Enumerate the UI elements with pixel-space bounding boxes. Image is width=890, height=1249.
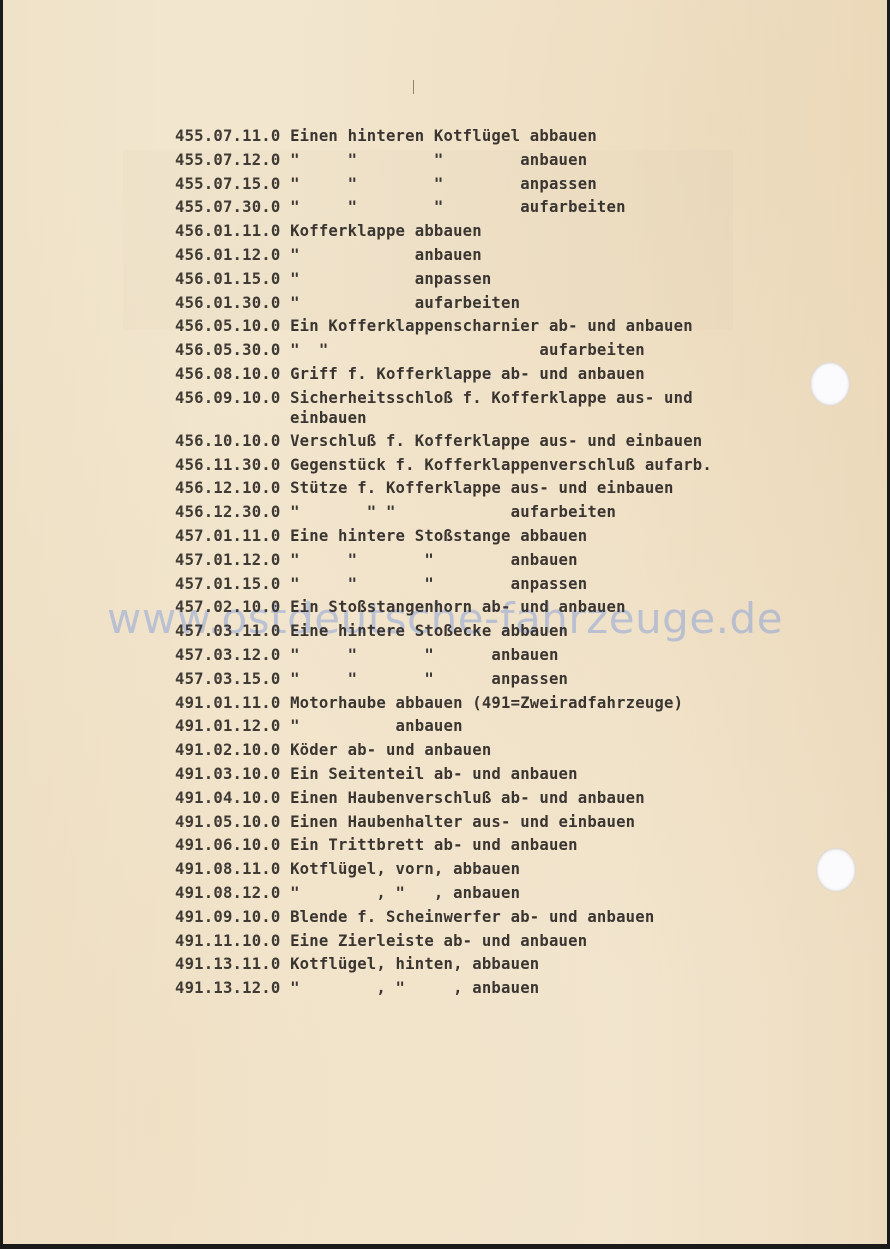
operation-description: " aufarbeiten: [290, 294, 520, 312]
list-item: 456.09.10.0 Sicherheitsschloß f. Kofferk…: [175, 388, 712, 431]
operation-code: 456.12.30.0: [175, 503, 280, 521]
operation-description: Einen Haubenhalter aus- und einbauen: [290, 813, 635, 831]
operation-description: Stütze f. Kofferklappe aus- und einbauen: [290, 479, 674, 497]
operation-code: 456.09.10.0: [175, 389, 280, 407]
list-item: 457.03.15.0 " " " anpassen: [175, 669, 712, 693]
list-item: 456.08.10.0 Griff f. Kofferklappe ab- un…: [175, 364, 712, 388]
operation-code: 456.01.30.0: [175, 294, 280, 312]
operation-code: 456.12.10.0: [175, 479, 280, 497]
list-item: 491.04.10.0 Einen Haubenverschluß ab- un…: [175, 788, 712, 812]
list-item: 457.02.10.0 Ein Stoßstangenhorn ab- und …: [175, 597, 712, 621]
operation-code: 456.05.10.0: [175, 317, 280, 335]
operation-code: 457.02.10.0: [175, 598, 280, 616]
operation-code: 491.08.12.0: [175, 884, 280, 902]
list-item: 457.03.11.0 Eine hintere Stoßecke abbaue…: [175, 621, 712, 645]
operation-description: Eine hintere Stoßstange abbauen: [290, 527, 587, 545]
operation-description: Griff f. Kofferklappe ab- und anbauen: [290, 365, 645, 383]
operation-code: 491.01.11.0: [175, 694, 280, 712]
punch-hole-top: [810, 362, 850, 406]
list-item: 457.03.12.0 " " " anbauen: [175, 645, 712, 669]
list-item: 455.07.15.0 " " " anpassen: [175, 174, 712, 198]
list-item: 455.07.11.0 Einen hinteren Kotflügel abb…: [175, 126, 712, 150]
list-item: 491.08.11.0 Kotflügel, vorn, abbauen: [175, 859, 712, 883]
operation-code: 455.07.11.0: [175, 127, 280, 145]
operation-description: Eine hintere Stoßecke abbauen: [290, 622, 568, 640]
list-item: 455.07.12.0 " " " anbauen: [175, 150, 712, 174]
operation-code: 491.06.10.0: [175, 836, 280, 854]
operation-code: 491.08.11.0: [175, 860, 280, 878]
list-item: 491.02.10.0 Köder ab- und anbauen: [175, 740, 712, 764]
operation-description: Ein Trittbrett ab- und anbauen: [290, 836, 578, 854]
operation-description: " " " anbauen: [290, 646, 558, 664]
list-item: 457.01.11.0 Eine hintere Stoßstange abba…: [175, 526, 712, 550]
operations-list: 455.07.11.0 Einen hinteren Kotflügel abb…: [175, 126, 712, 1002]
operation-code: 456.01.11.0: [175, 222, 280, 240]
list-item: 491.01.12.0 " anbauen: [175, 716, 712, 740]
list-item: 457.01.12.0 " " " anbauen: [175, 550, 712, 574]
list-item: 455.07.30.0 " " " aufarbeiten: [175, 197, 712, 221]
operation-description: " " " aufarbeiten: [290, 198, 626, 216]
operation-code: 491.04.10.0: [175, 789, 280, 807]
operation-code: 491.11.10.0: [175, 932, 280, 950]
operation-code: 455.07.12.0: [175, 151, 280, 169]
operation-description: Gegenstück f. Kofferklappenverschluß auf…: [290, 456, 712, 474]
list-item: 456.01.30.0 " aufarbeiten: [175, 293, 712, 317]
operation-description: " anbauen: [290, 246, 482, 264]
operation-description: Verschluß f. Kofferklappe aus- und einba…: [290, 432, 702, 450]
operation-description: Kofferklappe abbauen: [290, 222, 482, 240]
list-item: 456.11.30.0 Gegenstück f. Kofferklappenv…: [175, 455, 712, 479]
list-item: 456.05.10.0 Ein Kofferklappenscharnier a…: [175, 316, 712, 340]
operation-code: 491.05.10.0: [175, 813, 280, 831]
operation-code: 456.01.15.0: [175, 270, 280, 288]
list-item: 491.09.10.0 Blende f. Scheinwerfer ab- u…: [175, 907, 712, 931]
operation-code: 457.01.12.0: [175, 551, 280, 569]
operation-code: 457.01.11.0: [175, 527, 280, 545]
operation-description: Motorhaube abbauen (491=Zweiradfahrzeuge…: [290, 694, 683, 712]
operation-description: Ein Kofferklappenscharnier ab- und anbau…: [290, 317, 693, 335]
operation-description: " , " , anbauen: [290, 979, 539, 997]
operation-code: 457.01.15.0: [175, 575, 280, 593]
list-item: 491.06.10.0 Ein Trittbrett ab- und anbau…: [175, 835, 712, 859]
list-item: 456.01.11.0 Kofferklappe abbauen: [175, 221, 712, 245]
operation-code: 457.03.15.0: [175, 670, 280, 688]
operation-code: 491.01.12.0: [175, 717, 280, 735]
operation-code: 455.07.15.0: [175, 175, 280, 193]
operation-description: " " " anbauen: [290, 551, 578, 569]
operation-description: " " " anpassen: [290, 175, 597, 193]
list-item: 491.05.10.0 Einen Haubenhalter aus- und …: [175, 812, 712, 836]
operation-code: 456.05.30.0: [175, 341, 280, 359]
operation-description: Einen Haubenverschluß ab- und anbauen: [290, 789, 645, 807]
operation-description: Kotflügel, vorn, abbauen: [290, 860, 520, 878]
paper-page: www.ostdeutsche-fahrzeuge.de 455.07.11.0…: [3, 0, 887, 1244]
operation-description: " " aufarbeiten: [290, 341, 645, 359]
list-item: 456.10.10.0 Verschluß f. Kofferklappe au…: [175, 431, 712, 455]
operation-description: " , " , anbauen: [290, 884, 520, 902]
list-item: 491.01.11.0 Motorhaube abbauen (491=Zwei…: [175, 693, 712, 717]
operation-code: 457.03.12.0: [175, 646, 280, 664]
operation-description: " " " anpassen: [290, 670, 568, 688]
list-item: 457.01.15.0 " " " anpassen: [175, 574, 712, 598]
list-item: 456.12.30.0 " " " aufarbeiten: [175, 502, 712, 526]
operation-description: Ein Stoßstangenhorn ab- und anbauen: [290, 598, 626, 616]
operation-description: Eine Zierleiste ab- und anbauen: [290, 932, 587, 950]
list-item: 491.13.12.0 " , " , anbauen: [175, 978, 712, 1002]
punch-hole-bottom: [816, 848, 856, 892]
operation-description: Blende f. Scheinwerfer ab- und anbauen: [290, 908, 654, 926]
operation-description: Ein Seitenteil ab- und anbauen: [290, 765, 578, 783]
operation-code: 491.02.10.0: [175, 741, 280, 759]
operation-description: " " " anbauen: [290, 151, 587, 169]
operation-description: " " " aufarbeiten: [290, 503, 616, 521]
operation-description: Köder ab- und anbauen: [290, 741, 491, 759]
operation-description: Einen hinteren Kotflügel abbauen: [290, 127, 597, 145]
operation-description: " anbauen: [290, 717, 463, 735]
list-item: 456.05.30.0 " " aufarbeiten: [175, 340, 712, 364]
operation-code: 456.08.10.0: [175, 365, 280, 383]
operation-description: Kotflügel, hinten, abbauen: [290, 955, 539, 973]
list-item: 456.01.15.0 " anpassen: [175, 269, 712, 293]
operation-code: 455.07.30.0: [175, 198, 280, 216]
paper-mark: [413, 80, 414, 94]
list-item: 491.03.10.0 Ein Seitenteil ab- und anbau…: [175, 764, 712, 788]
operation-code: 491.13.12.0: [175, 979, 280, 997]
operation-description: " " " anpassen: [290, 575, 587, 593]
operation-code: 491.13.11.0: [175, 955, 280, 973]
operation-code: 491.03.10.0: [175, 765, 280, 783]
operation-code: 456.01.12.0: [175, 246, 280, 264]
list-item: 456.01.12.0 " anbauen: [175, 245, 712, 269]
operation-code: 457.03.11.0: [175, 622, 280, 640]
operation-description: " anpassen: [290, 270, 491, 288]
operation-code: 491.09.10.0: [175, 908, 280, 926]
operation-code: 456.10.10.0: [175, 432, 280, 450]
list-item: 491.13.11.0 Kotflügel, hinten, abbauen: [175, 954, 712, 978]
operation-code: 456.11.30.0: [175, 456, 280, 474]
list-item: 491.08.12.0 " , " , anbauen: [175, 883, 712, 907]
list-item: 456.12.10.0 Stütze f. Kofferklappe aus- …: [175, 478, 712, 502]
list-item: 491.11.10.0 Eine Zierleiste ab- und anba…: [175, 931, 712, 955]
